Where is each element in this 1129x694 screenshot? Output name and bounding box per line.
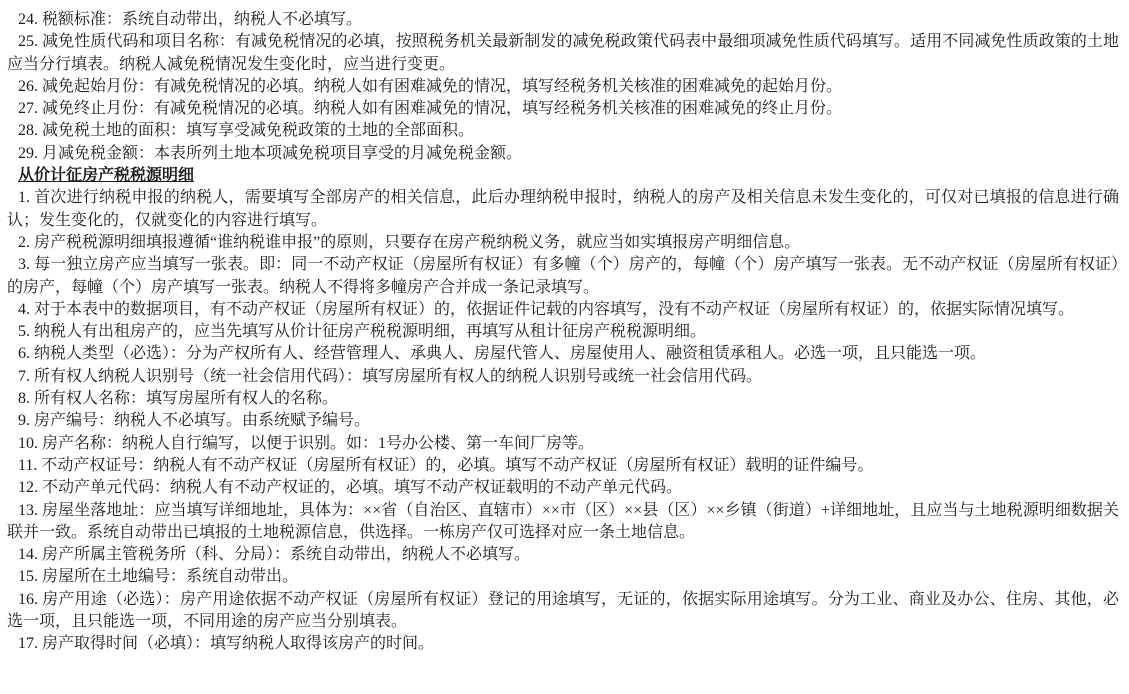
instruction-item-2: 2. 房产税税源明细填报遵循“谁纳税谁申报”的原则，只要存在房产税纳税义务，就应… bbox=[7, 232, 1119, 254]
instruction-item-25: 25. 减免性质代码和项目名称：有减免税情况的必填，按照税务机关最新制发的减免税… bbox=[7, 31, 1119, 76]
instruction-item-16: 16. 房产用途（必选）：房产用途依据不动产权证（房屋所有权证）登记的用途填写，… bbox=[7, 589, 1119, 634]
instruction-item-27: 27. 减免终止月份：有减免税情况的必填。纳税人如有困难减免的情况，填写经税务机… bbox=[7, 98, 1119, 120]
instruction-item-9: 9. 房产编号：纳税人不必填写。由系统赋予编号。 bbox=[7, 410, 1119, 432]
instruction-item-11: 11. 不动产权证号：纳税人有不动产权证（房屋所有权证）的，必填。填写不动产权证… bbox=[7, 455, 1119, 477]
instruction-item-6: 6. 纳税人类型（必选）：分为产权所有人、经营管理人、承典人、房屋代管人、房屋使… bbox=[7, 343, 1119, 365]
instruction-item-7: 7. 所有权人纳税人识别号（统一社会信用代码）：填写房屋所有权人的纳税人识别号或… bbox=[7, 366, 1119, 388]
instruction-item-8: 8. 所有权人名称：填写房屋所有权人的名称。 bbox=[7, 388, 1119, 410]
instruction-item-12: 12. 不动产单元代码：纳税人有不动产权证的，必填。填写不动产权证载明的不动产单… bbox=[7, 477, 1119, 499]
instruction-item-24: 24. 税额标准：系统自动带出，纳税人不必填写。 bbox=[7, 9, 1119, 31]
instruction-item-3: 3. 每一独立房产应当填写一张表。即：同一不动产权证（房屋所有权证）有多幢（个）… bbox=[7, 254, 1119, 299]
instruction-item-14: 14. 房产所属主管税务所（科、分局）：系统自动带出，纳税人不必填写。 bbox=[7, 544, 1119, 566]
instruction-item-15: 15. 房屋所在土地编号：系统自动带出。 bbox=[7, 566, 1119, 588]
instruction-item-29: 29. 月减免税金额：本表所列土地本项减免税项目享受的月减免税金额。 bbox=[7, 143, 1119, 165]
instruction-item-17: 17. 房产取得时间（必填）：填写纳税人取得该房产的时间。 bbox=[7, 633, 1119, 655]
instruction-item-26: 26. 减免起始月份：有减免税情况的必填。纳税人如有困难减免的情况，填写经税务机… bbox=[7, 76, 1119, 98]
instruction-item-5: 5. 纳税人有出租房产的，应当先填写从价计征房产税税源明细，再填写从租计征房产税… bbox=[7, 321, 1119, 343]
instruction-item-28: 28. 减免税土地的面积：填写享受减免税政策的土地的全部面积。 bbox=[7, 120, 1119, 142]
document-page: 24. 税额标准：系统自动带出，纳税人不必填写。 25. 减免性质代码和项目名称… bbox=[0, 0, 1129, 694]
section-heading: 从价计征房产税税源明细 bbox=[7, 165, 1119, 187]
instruction-item-10: 10. 房产名称：纳税人自行编写，以便于识别。如：1号办公楼、第一车间厂房等。 bbox=[7, 433, 1119, 455]
instruction-item-4: 4. 对于本表中的数据项目，有不动产权证（房屋所有权证）的，依据证件记载的内容填… bbox=[7, 299, 1119, 321]
instruction-item-1: 1. 首次进行纳税申报的纳税人，需要填写全部房产的相关信息，此后办理纳税申报时，… bbox=[7, 187, 1119, 232]
instruction-item-13: 13. 房屋坐落地址：应当填写详细地址，具体为：××省（自治区、直辖市）××市（… bbox=[7, 500, 1119, 545]
